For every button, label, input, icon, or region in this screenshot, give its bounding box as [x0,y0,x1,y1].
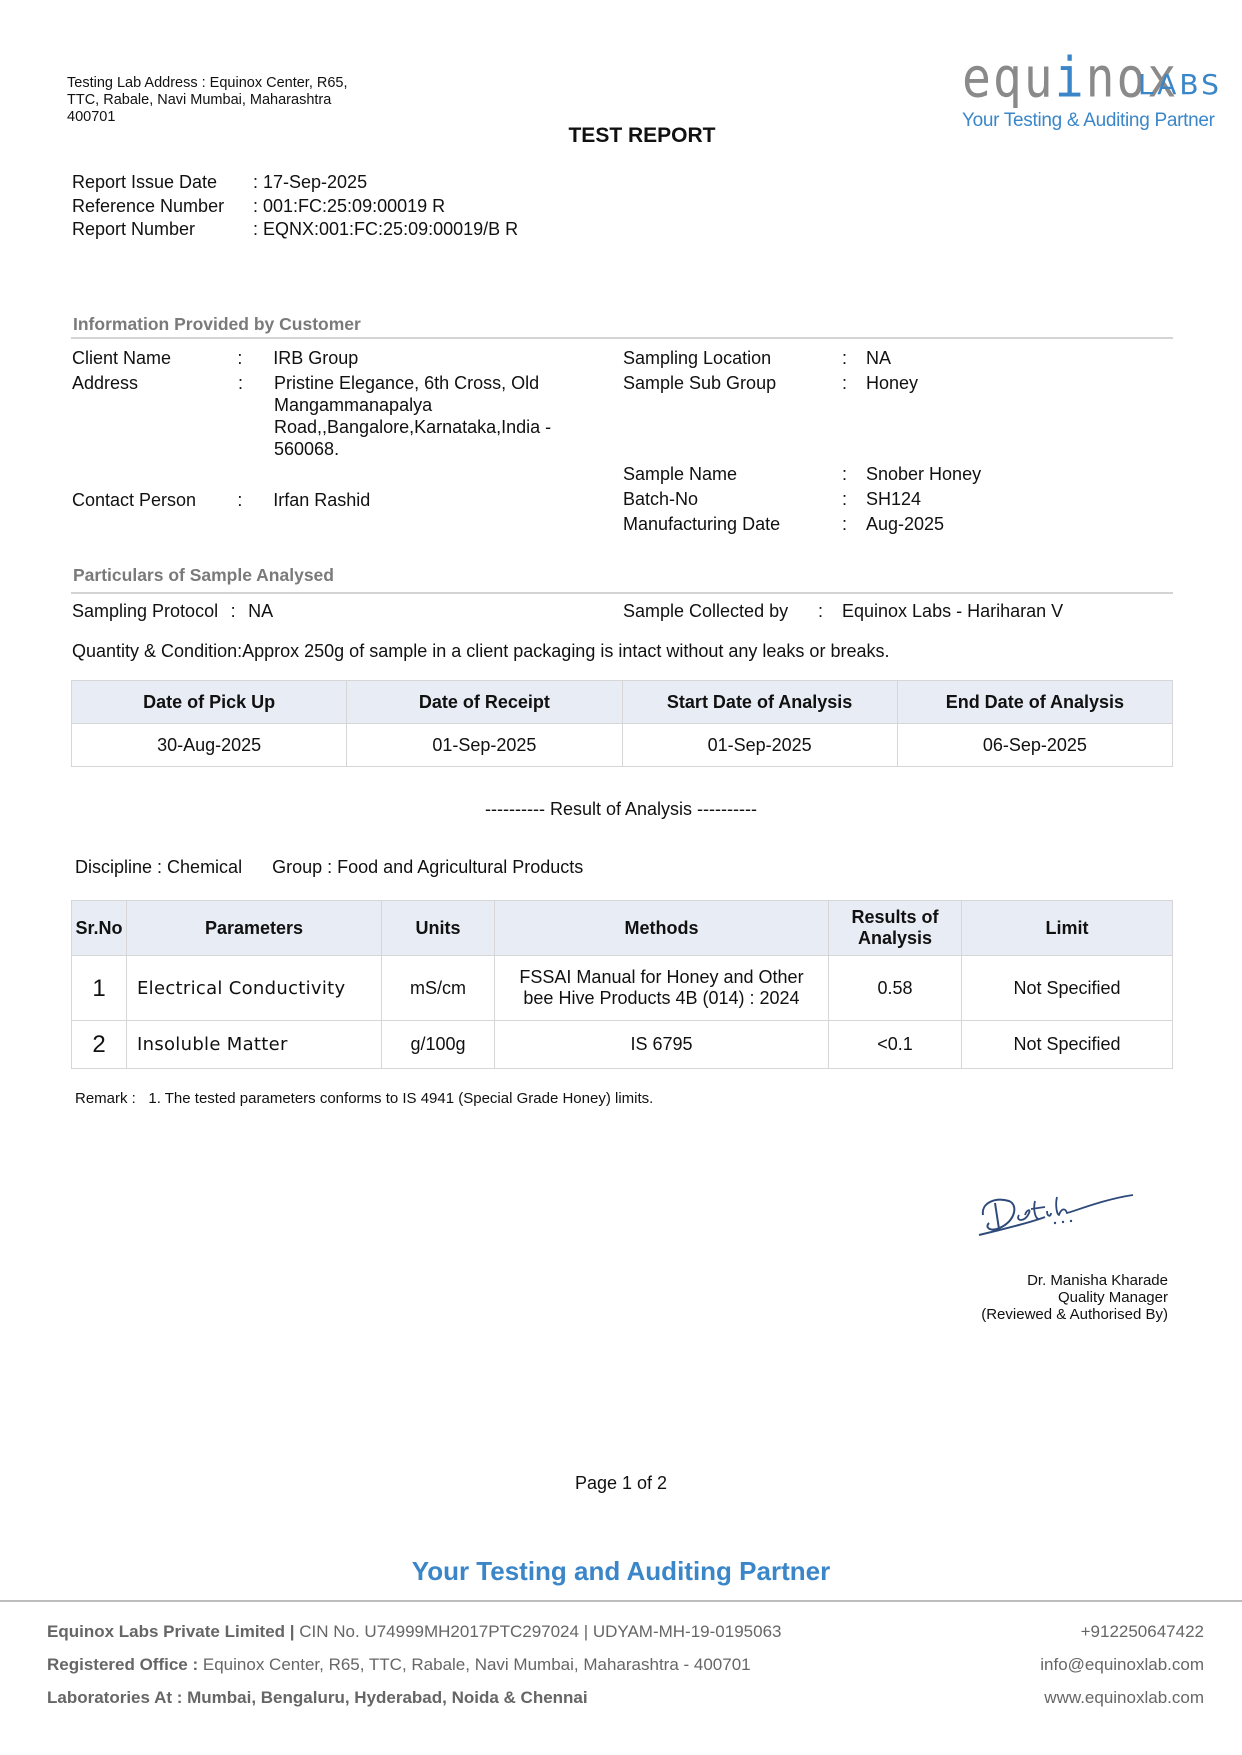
method-cell: IS 6795 [495,1021,829,1069]
discipline-label: Discipline [75,857,152,877]
sample-name-row: Sample Name : Snober Honey [623,463,1143,488]
field-label: Sample Collected by [623,601,818,622]
column-header: Start Date of Analysis [622,681,897,724]
column-header: Limit [962,901,1173,956]
reference-number-row: Reference Number : 001:FC:25:09:00019 R [72,195,518,219]
table-header-row: Date of Pick Up Date of Receipt Start Da… [72,681,1173,724]
laboratories-list: Laboratories At : Mumbai, Bengaluru, Hyd… [47,1688,588,1708]
meta-label: Report Issue Date [72,171,253,195]
field-label: Contact Person [72,489,237,511]
field-value: Irfan Rashid [273,489,572,511]
field-value: IRB Group [273,347,572,372]
sampling-location-row: Sampling Location : NA [623,347,1143,372]
field-separator: : [842,372,866,463]
section-title-customer-info: Information Provided by Customer [73,314,361,335]
quantity-condition: Quantity & Condition:Approx 250g of samp… [72,641,889,662]
results-table: Sr.No Parameters Units Methods Results o… [71,900,1173,1069]
signature-image [975,1175,1135,1245]
field-label: Sample Sub Group [623,372,842,463]
section-title-sample-particulars: Particulars of Sample Analysed [73,565,334,586]
discipline-value: Chemical [167,857,242,877]
field-value: Pristine Elegance, 6th Cross, Old Mangam… [274,372,564,489]
unit-cell: g/100g [382,1021,495,1069]
sr-no-cell: 1 [72,956,127,1021]
field-separator: : [237,347,249,372]
column-header: Methods [495,901,829,956]
group-label: Group [272,857,322,877]
footer-phone: +912250647422 [1081,1622,1204,1642]
field-value: Honey [866,372,918,463]
table-header-row: Sr.No Parameters Units Methods Results o… [72,901,1173,956]
report-meta: Report Issue Date : 17-Sep-2025 Referenc… [72,171,518,242]
column-header: Parameters [127,901,382,956]
group-value: Food and Agricultural Products [337,857,583,877]
column-header: Date of Receipt [347,681,622,724]
signatory-block: Dr. Manisha Kharade Quality Manager (Rev… [860,1272,1168,1323]
meta-value: : 001:FC:25:09:00019 R [253,195,445,219]
table-cell: 01-Sep-2025 [622,724,897,767]
column-header: Results of Analysis [829,901,962,956]
field-value: Approx 250g of sample in a client packag… [242,641,889,661]
manufacturing-date-row: Manufacturing Date : Aug-2025 [623,513,1143,535]
remark-label: Remark : [75,1090,136,1107]
page-indicator: Page 1 of 2 [0,1473,1242,1494]
client-name-row: Client Name : IRB Group [72,347,572,372]
table-cell: 06-Sep-2025 [897,724,1172,767]
table-cell: 01-Sep-2025 [347,724,622,767]
field-separator: : [238,372,250,489]
section-divider [71,592,1173,594]
field-label: Address [72,372,238,489]
column-header: Sr.No [72,901,127,956]
sample-sub-group-row: Sample Sub Group : Honey [623,372,1143,463]
footer-divider [0,1600,1242,1602]
field-separator: : [842,347,866,372]
section-divider [71,337,1173,339]
field-value: Aug-2025 [866,513,944,535]
remark: Remark : 1. The tested parameters confor… [75,1090,653,1107]
field-separator: : [818,601,842,622]
field-value: Snober Honey [866,463,981,488]
discipline-group-line: Discipline : Chemical Group : Food and A… [75,857,583,878]
logo-labs: LABS [1138,68,1222,101]
result-cell: 0.58 [829,956,962,1021]
result-of-analysis-heading: ---------- Result of Analysis ---------- [0,799,1242,820]
field-label: Sampling Location [623,347,842,372]
field-separator: : [237,489,249,511]
field-label: Sampling Protocol [72,601,218,622]
lab-address-line: Testing Lab Address : Equinox Center, R6… [67,75,397,92]
registered-office-label: Registered Office : [47,1655,198,1674]
limit-cell: Not Specified [962,1021,1173,1069]
field-separator: : [842,488,866,513]
column-header: Units [382,901,495,956]
meta-value: : 17-Sep-2025 [253,171,367,195]
parameter-cell: Electrical Conductivity [127,956,382,1021]
registered-office: Registered Office : Equinox Center, R65,… [47,1655,751,1675]
field-label: Quantity & Condition [72,641,237,661]
result-cell: <0.1 [829,1021,962,1069]
sampling-protocol: Sampling Protocol : NA [72,601,273,622]
field-label: Batch-No [623,488,842,513]
customer-info-right: Sampling Location : NA Sample Sub Group … [623,347,1143,535]
field-value: NA [866,347,891,372]
signatory-name: Dr. Manisha Kharade [860,1272,1168,1289]
testing-lab-address: Testing Lab Address : Equinox Center, R6… [67,75,397,126]
report-number-row: Report Number : EQNX:001:FC:25:09:00019/… [72,218,518,242]
table-row: 1 Electrical Conductivity mS/cm FSSAI Ma… [72,956,1173,1021]
parameter-cell: Insoluble Matter [127,1021,382,1069]
column-header: Date of Pick Up [72,681,347,724]
limit-cell: Not Specified [962,956,1173,1021]
field-separator: : [842,463,866,488]
field-separator: : [842,513,866,535]
report-issue-date-row: Report Issue Date : 17-Sep-2025 [72,171,518,195]
meta-value: : EQNX:001:FC:25:09:00019/B R [253,218,518,242]
sample-collected-by: Sample Collected by : Equinox Labs - Har… [623,601,1063,622]
meta-label: Reference Number [72,195,253,219]
address-row: Address : Pristine Elegance, 6th Cross, … [72,372,572,489]
lab-address-line: TTC, Rabale, Navi Mumbai, Maharashtra [67,92,397,109]
sr-no-cell: 2 [72,1021,127,1069]
field-separator: : [218,601,248,622]
field-value: SH124 [866,488,921,513]
registered-office-address: Equinox Center, R65, TTC, Rabale, Navi M… [198,1655,750,1674]
footer-tagline: Your Testing and Auditing Partner [0,1556,1242,1587]
meta-label: Report Number [72,218,253,242]
field-label: Manufacturing Date [623,513,842,535]
contact-person-row: Contact Person : Irfan Rashid [72,489,572,511]
unit-cell: mS/cm [382,956,495,1021]
company-info: Equinox Labs Private Limited | CIN No. U… [47,1622,781,1642]
field-label: Client Name [72,347,237,372]
remark-text: 1. The tested parameters conforms to IS … [148,1090,653,1107]
page-title: TEST REPORT [0,124,1242,148]
customer-info-left: Client Name : IRB Group Address : Pristi… [72,347,572,511]
footer-website[interactable]: www.equinoxlab.com [1044,1688,1204,1708]
analysis-dates-table: Date of Pick Up Date of Receipt Start Da… [71,680,1173,767]
batch-no-row: Batch-No : SH124 [623,488,1143,513]
company-registration: CIN No. U74999MH2017PTC297024 | UDYAM-MH… [295,1622,782,1641]
footer-email[interactable]: info@equinoxlab.com [1040,1655,1204,1675]
field-label: Sample Name [623,463,842,488]
signatory-role: (Reviewed & Authorised By) [860,1306,1168,1323]
column-header: End Date of Analysis [897,681,1172,724]
table-cell: 30-Aug-2025 [72,724,347,767]
signatory-designation: Quality Manager [860,1289,1168,1306]
table-row: 30-Aug-2025 01-Sep-2025 01-Sep-2025 06-S… [72,724,1173,767]
company-name: Equinox Labs Private Limited | [47,1622,295,1641]
method-cell: FSSAI Manual for Honey and Other bee Hiv… [495,956,829,1021]
field-value: Equinox Labs - Hariharan V [842,601,1063,622]
table-row: 2 Insoluble Matter g/100g IS 6795 <0.1 N… [72,1021,1173,1069]
field-value: NA [248,601,273,622]
